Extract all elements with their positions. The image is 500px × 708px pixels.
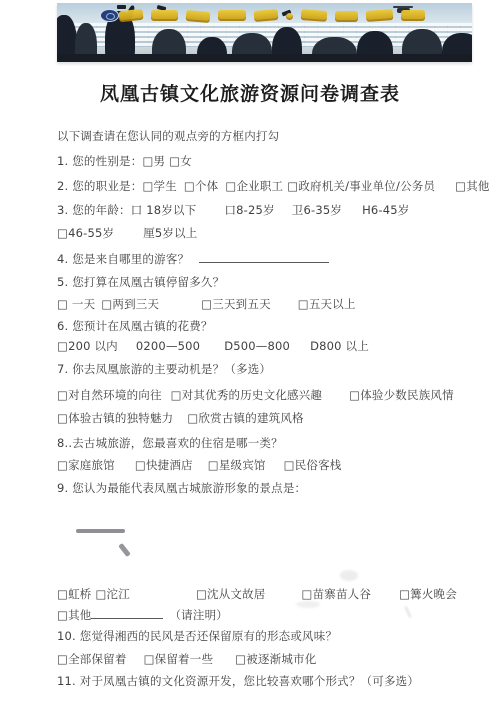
questionnaire-page: 凤凰古镇文化旅游资源问卷调查表 以下调查请在您认同的观点旁的方框内打勾 1. 您… (0, 0, 500, 708)
question-label: 7. 你去凤凰旅游的主要动机是？（多选） (57, 362, 271, 376)
checkbox-option[interactable]: □对自然环境的向往 (57, 388, 162, 402)
checkbox-option[interactable]: □体验古镇的独特魅力 (57, 411, 173, 425)
checkbox-option[interactable]: □篝火晚会 (399, 587, 457, 601)
question-5-options: □ 一天□两到三天□三天到五天□五天以上 (57, 297, 356, 311)
question-10-label: 10. 您觉得湘西的民风是否还保留原有的形态或风味？ (57, 629, 337, 643)
question-label: 3. 您的年龄： (57, 203, 131, 217)
checkbox-option[interactable]: □对其优秀的历史文化感兴趣 (171, 388, 322, 402)
question-7-options-row2: □体验古镇的独特魅力□欣赏古镇的建筑风格 (57, 411, 304, 425)
checkbox-option[interactable]: □两到三天 (101, 297, 159, 311)
checkbox-option[interactable]: □200 以内 (57, 339, 118, 353)
checkbox-option[interactable]: □个体 (184, 179, 218, 193)
checkbox-option[interactable]: □五天以上 (298, 297, 356, 311)
checkbox-option[interactable]: 0200—500 (136, 339, 200, 353)
checkbox-option[interactable]: 口 18岁以下 (131, 203, 197, 217)
checkbox-option[interactable]: □沱江 (95, 587, 129, 601)
instruction-text: 以下调查请在您认同的观点旁的方框内打勾 (57, 129, 279, 143)
checkbox-option[interactable]: □政府机关/事业单位/公务员 (287, 179, 435, 193)
question-7-options-row1: □对自然环境的向往□对其优秀的历史文化感兴趣□体验少数民族风情 (57, 388, 454, 402)
question-9-other-row: □其他（请注明） (57, 607, 228, 622)
checkbox-option-other[interactable]: □其他 (57, 608, 91, 622)
checkbox-option[interactable]: □沈从文故居 (196, 587, 266, 601)
checkbox-option[interactable]: □苗寨苗人谷 (302, 587, 372, 601)
scan-artifact-tick (118, 543, 131, 557)
question-4: 4. 您是来自哪里的游客？ (57, 251, 329, 266)
checkbox-option[interactable]: □男 (142, 154, 165, 168)
question-label: 5. 您打算在凤凰古镇停留多久？ (57, 275, 224, 289)
checkbox-option[interactable]: 口8-25岁 (224, 203, 274, 217)
question-7-label: 7. 你去凤凰旅游的主要动机是？（多选） (57, 362, 271, 376)
checkbox-option[interactable]: □被逐渐城市化 (235, 652, 316, 666)
page-title: 凤凰古镇文化旅游资源问卷调查表 (0, 79, 500, 106)
question-label: 6. 您预计在凤凰古镇的花费？ (57, 319, 213, 333)
checkbox-option[interactable]: □其他 (455, 179, 489, 193)
crowd-base-strip (57, 54, 472, 62)
checkbox-option[interactable]: □ 一天 (57, 297, 95, 311)
checkbox-option[interactable]: □虹桥 (57, 587, 91, 601)
checkbox-option[interactable]: □学生 (142, 179, 176, 193)
header-banner-photo (57, 3, 472, 62)
question-11-label: 11. 对于凤凰古镇的文化资源开发，您比较喜欢哪个形式？（可多选） (57, 674, 419, 688)
question-9-label: 9. 您认为最能代表凤凰古城旅游形象的景点是： (57, 481, 306, 495)
question-1: 1. 您的性别是：□男□女 (57, 154, 192, 168)
question-3-options-row2: □46-55岁厘5岁以上 (57, 226, 198, 240)
scan-artifact-smudge (296, 601, 320, 608)
checkbox-option[interactable]: 卫6-35岁 (292, 203, 342, 217)
checkbox-option[interactable]: □女 (169, 154, 192, 168)
checkbox-option[interactable]: □家庭旅馆 (57, 458, 115, 472)
scan-artifact-smudge (340, 570, 358, 581)
write-in-blank[interactable] (199, 251, 329, 263)
question-8-label: 8..去古城旅游，您最喜欢的住宿是哪一类？ (57, 436, 283, 450)
checkbox-option[interactable]: □三天到五天 (201, 297, 271, 311)
checkbox-option[interactable]: D800 以上 (310, 339, 369, 353)
write-in-blank[interactable] (91, 607, 163, 619)
gold-calligraphy-text (119, 10, 449, 24)
question-label: 2. 您的职业是： (57, 179, 142, 193)
checkbox-option[interactable]: □体验少数民族风情 (349, 388, 454, 402)
scan-artifact-bar (76, 529, 125, 533)
question-3: 3. 您的年龄：口 18岁以下口8-25岁卫6-35岁H6-45岁 (57, 203, 410, 217)
university-emblem-icon (100, 9, 119, 22)
question-label: 10. 您觉得湘西的民风是否还保留原有的形态或风味？ (57, 629, 337, 643)
checkbox-option[interactable]: □46-55岁 (57, 226, 114, 240)
question-2: 2. 您的职业是：□学生□个体□企业职工□政府机关/事业单位/公务员□其他 (57, 179, 490, 193)
checkbox-option[interactable]: H6-45岁 (362, 203, 409, 217)
question-label: 8..去古城旅游，您最喜欢的住宿是哪一类？ (57, 436, 283, 450)
scan-artifact-smudge (405, 606, 412, 618)
graduation-cap-icon (117, 5, 126, 9)
question-8-options: □家庭旅馆□快捷酒店□星级宾馆□民俗客栈 (57, 458, 342, 472)
checkbox-option[interactable]: □保留着一些 (144, 652, 214, 666)
checkbox-option[interactable]: □星级宾馆 (208, 458, 266, 472)
question-10-options: □全部保留着□保留着一些□被逐渐城市化 (57, 652, 316, 666)
checkbox-option[interactable]: □企业职工 (225, 179, 283, 193)
question-label: 11. 对于凤凰古镇的文化资源开发，您比较喜欢哪个形式？（可多选） (57, 674, 419, 688)
question-9-options: □虹桥□沱江□沈从文故居□苗寨苗人谷□篝火晚会 (57, 587, 457, 601)
question-label: 4. 您是来自哪里的游客？ (57, 252, 189, 266)
question-label: 1. 您的性别是： (57, 154, 142, 168)
checkbox-option[interactable]: □全部保留着 (57, 652, 127, 666)
question-label: 9. 您认为最能代表凤凰古城旅游形象的景点是： (57, 481, 306, 495)
question-5-label: 5. 您打算在凤凰古镇停留多久？ (57, 275, 224, 289)
checkbox-option[interactable]: □欣赏古镇的建筑风格 (187, 411, 303, 425)
checkbox-option[interactable]: □快捷酒店 (135, 458, 193, 472)
checkbox-option[interactable]: 厘5岁以上 (143, 226, 197, 240)
checkbox-option[interactable]: D500—800 (224, 339, 290, 353)
question-6-options: □200 以内0200—500D500—800D800 以上 (57, 339, 369, 353)
checkbox-option[interactable]: □民俗客栈 (284, 458, 342, 472)
question-6-label: 6. 您预计在凤凰古镇的花费？ (57, 319, 213, 333)
other-note-text: （请注明） (169, 608, 228, 622)
